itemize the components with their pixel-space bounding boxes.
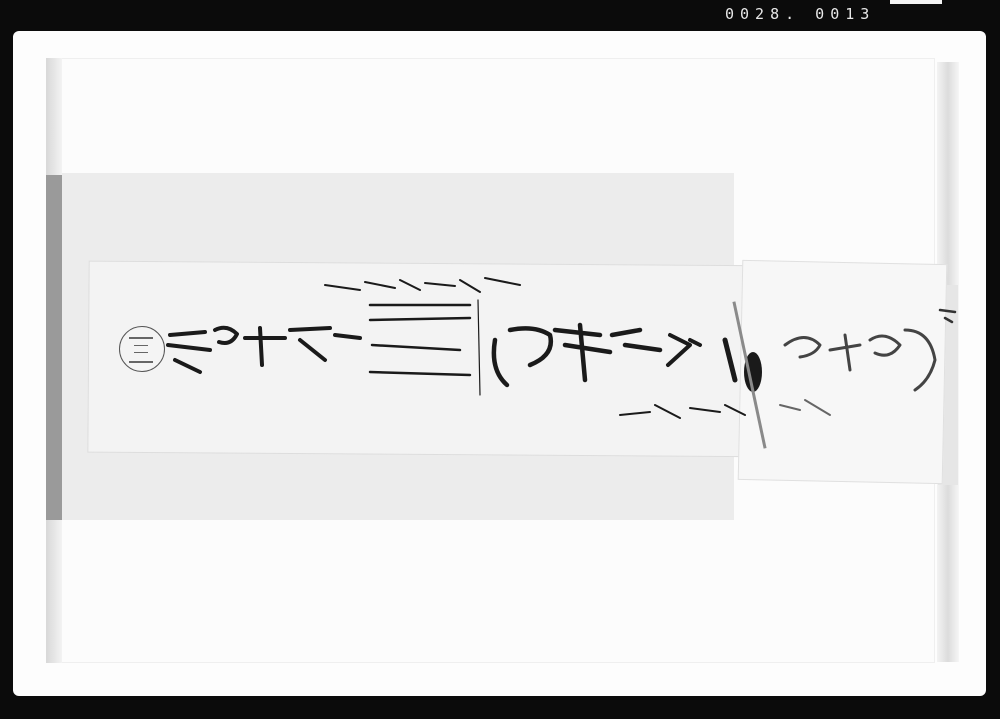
seal-glyph [129, 337, 153, 363]
seal-stamp [119, 326, 165, 372]
